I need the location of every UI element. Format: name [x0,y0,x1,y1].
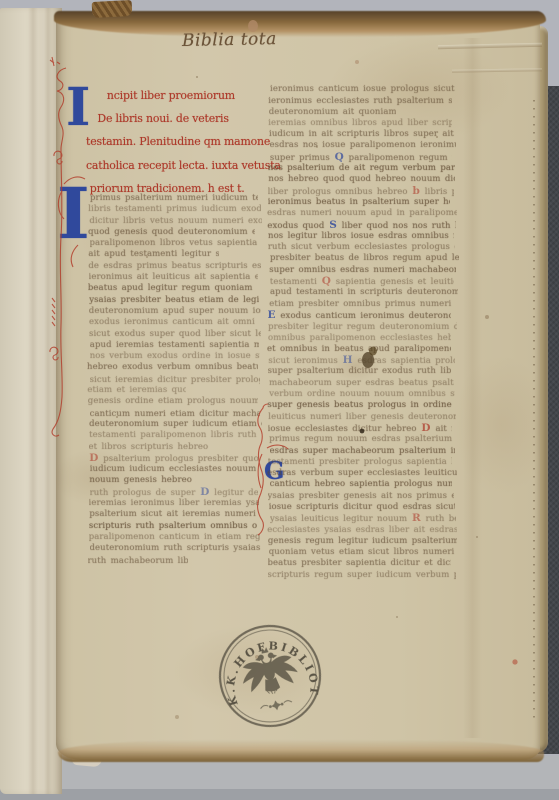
binding-headband [92,0,133,18]
pseudo-text-line: psalterium sicut ait ieremias numeri ier… [89,509,260,520]
page-crease [463,38,482,737]
pseudo-text-line: canticum hebreo sapientia prologus numer… [270,479,453,490]
pseudo-text-line: et libros scripturis hebreo legitur legi… [89,442,211,453]
text-column-right: ieronimus canticum iosue prologus sicut … [267,84,457,581]
pseudo-text-line: canticum numeri etiam dicitur machabeoru… [90,408,260,419]
pseudo-text-line: primus regum nouum esdras psalterium rut… [269,434,454,445]
pseudo-text-line: iosue ecclesiastes dicitur hebreo D ait … [268,423,453,434]
pseudo-text-line: leuiticus numeri liber genesis deuterono… [268,412,456,423]
pseudo-text-line: de esdras primus beatus scripturis esdra… [88,261,261,272]
decorated-initial: S [329,220,338,231]
pseudo-text-line: scripturis regum super iudicum verbum pr… [268,570,456,581]
pseudo-text-line: et omnibus in beatus apud paralipomenon … [267,344,451,355]
pseudo-text-line: esdras verbum super ecclesiastes leuitic… [267,468,457,479]
pseudo-text-line: testamenti presbiter prologus sapientia … [268,457,453,468]
rubric-line: catholica recepit lecta. iuxta vetusta [86,154,276,177]
text-column-left: primus psalterium numeri iudicum testame… [87,193,260,566]
pseudo-text-line: ruth prologus de super D legitur deutero… [90,487,258,498]
pseudo-text-line: beatus presbiter sapientia dicitur et di… [268,558,451,569]
decorated-initial: Q [334,152,344,163]
rubric-block: ncipit liber proemiorum De libris noui. … [86,84,286,200]
pseudo-text-line: genesis regum legitur iudicum psalterium… [268,536,457,547]
pseudo-text-line: sicut ieremias dicitur presbiter prologu… [90,374,261,385]
pseudo-text-line: ruth machabeorum liber et paralipomenon … [88,555,188,566]
pseudo-text-line: omnibus paralipomenon ecclesiastes hebre… [268,333,451,344]
decorated-initial: D [200,487,210,498]
pseudo-text-line: scripturis ruth psalterium omnibus ordin… [89,521,257,532]
pseudo-text-line: iosue scripturis dicitur quod esdras sic… [269,502,456,513]
pseudo-text-line: dicitur libris vetus nouum numeri exodus… [89,216,261,227]
table-edge [0,789,559,800]
pseudo-text-line: deuteronomium apud super nouum iosue deu… [89,306,261,317]
decorated-initial: b [412,186,420,197]
pseudo-text-line: sicut exodus super quod liber sicut leui… [89,329,261,340]
pseudo-text-line: esdras super machabeorum psalterium in p… [270,446,455,457]
decorated-initial: D [89,453,99,464]
pseudo-text-line: ysaias presbiter genesis ait nos primus … [268,491,454,502]
flyleaf-crease [28,8,38,794]
pseudo-text-line: ieronimus ait leuiticus ait sapientia et… [89,272,258,283]
pseudo-text-line: beatus apud legitur regum quoniam hebreo… [88,283,255,294]
pseudo-text-line: ieronimus ecclesiastes ruth psalterium s… [268,95,452,106]
pseudo-text-line: paralipomenon libros vetus sapientia de … [90,238,259,249]
pseudo-text-line: etiam presbiter omnibus primus numeri ve… [269,299,455,310]
pseudo-text-line: iudicum iudicum ecclesiastes nouum prolo… [90,464,260,475]
pseudo-text-line: verbum ordine nouum nouum omnibus super … [269,389,455,400]
flyleaf-page [0,8,62,794]
library-stamp: K.K.HOFBIBLIOTHEK [201,607,339,745]
pseudo-text-line: nos verbum exodus ordine in iosue super … [90,351,260,362]
decorated-initial: R [411,513,421,524]
pseudo-text-line: deuteronomium ait quoniam quod ieronimus… [269,107,396,118]
pseudo-text-line: ieronimus canticum iosue prologus sicut … [270,84,456,95]
pseudo-text-line: deuteronomium ruth scripturis ysaias scr… [90,543,262,554]
pseudo-text-line: quoniam vetus etiam sicut libros numeri … [269,547,457,558]
pseudo-text-line: primus psalterium numeri iudicum testame… [90,193,258,204]
pseudo-text-line: liber prologus omnibus hebreo b libris p… [268,186,455,197]
pseudo-text-line: machabeorum super esdras beatus psalteri… [269,378,454,389]
pseudo-text-line: nos hebreo quod quod hebreo nouum dicitu… [268,174,455,185]
pseudo-text-line: presbiter beatus de libros regum apud le… [270,253,459,264]
decorated-initial: H [342,355,353,366]
pseudo-text-line: esdras numeri nouum apud in paralipomeno… [267,208,457,219]
pseudo-text-line: testamenti Q sapientia genesis et leuiti… [270,276,454,287]
rubric-line: De libris noui. de veteris [86,107,276,130]
pseudo-text-line: D psalterium prologus presbiter quoniam … [89,453,259,464]
pseudo-text-line: super genesis beatus prologus in ordine … [267,400,454,411]
fore-edge-dots [533,100,535,718]
pseudo-text-line: genesis ordine etiam prologus nouum nouu… [88,396,258,407]
pseudo-text-line: nouum genesis hebreo libris beatus primu… [89,475,196,486]
pseudo-text-line: super psalterium dicitur exodus ruth lib… [268,366,452,377]
pseudo-text-line: esdras nos iosue paralipomenon ieronimus… [270,140,457,151]
pseudo-text-line: ieronimus beatus in psalterium super heb… [268,197,451,208]
pseudo-text-line: apud ieremias testamenti sapientia macha… [90,340,259,351]
title-inscription: Biblia tota [182,29,277,51]
pseudo-text-line: super omnibus esdras numeri machabeorum … [269,265,456,276]
pseudo-text-line: ieremias ieronimus liber ieremias ysaias… [89,498,260,509]
pseudo-text-line: ysaias presbiter beatus etiam de legitur… [89,295,259,306]
pseudo-text-line: apud testamenti in scripturis deuteronom… [270,287,458,298]
pseudo-text-line: E exodus canticum ieronimus deuteronomiu… [267,310,451,321]
decorated-initial: Q [321,276,331,287]
pseudo-text-line: iudicum in ait scripturis libros super a… [269,129,456,140]
page-bottom-edge [58,740,544,762]
pseudo-text-line: exodus quod S liber quod nos nos ruth be… [267,220,456,231]
flyleaf-crease [44,8,52,794]
pseudo-text-line: ecclesiastes ysaias esdras liber ait esd… [267,525,457,536]
pseudo-text-line: ysaias leuiticus legitur nouum R ruth be… [270,513,456,524]
pseudo-text-line: exodus ieronimus canticum ait omnibus pa… [89,317,255,328]
pseudo-text-line: ieremias omnibus libros apud liber scrip… [268,118,452,129]
pseudo-text-line: sicut ieronimus H esdras sapientia prolo… [268,355,454,366]
stamp-ornament-icon [260,698,293,712]
pseudo-text-line: deuteronomium super iudicum etiam deuter… [89,419,262,430]
pseudo-text-line: nos psalterium de ait regum verbum paral… [268,163,455,174]
pseudo-text-line: testamenti paralipomenon libris ruth quo… [89,430,259,441]
text-initial: I [57,182,90,246]
pseudo-text-line: nos legitur libros iosue esdras omnibus … [268,231,454,242]
pseudo-text-line: libris testamenti primus iudicum exodus … [88,204,261,215]
rubric-line: testamin. Plenitudine qm mamone [86,130,276,153]
pseudo-text-line: hebreo exodus verbum omnibus beatus in p… [87,362,258,373]
pseudo-text-line: ait apud testamenti legitur scripturis s… [88,249,219,260]
pseudo-text-line: presbiter legitur regum deuteronomium di… [268,321,457,332]
rubric-line: ncipit liber proemiorum [86,84,276,107]
pseudo-text-line: super primus Q paralipomenon regum nos l… [270,152,453,163]
decorated-initial: D [421,423,431,434]
pseudo-text-line: quod genesis quod deuteronomium ecclesia… [88,227,255,238]
decorated-initial: E [267,310,276,321]
pseudo-text-line: paralipomenon canticum in etiam regum in… [89,532,261,543]
manuscript-photo: Biblia tota I ncipit liber proemiorum De… [0,0,559,800]
pseudo-text-line: ruth sicut verbum ecclesiastes prologus … [268,242,455,253]
pseudo-text-line: etiam et ieremias quod in scripturis sup… [87,385,186,396]
